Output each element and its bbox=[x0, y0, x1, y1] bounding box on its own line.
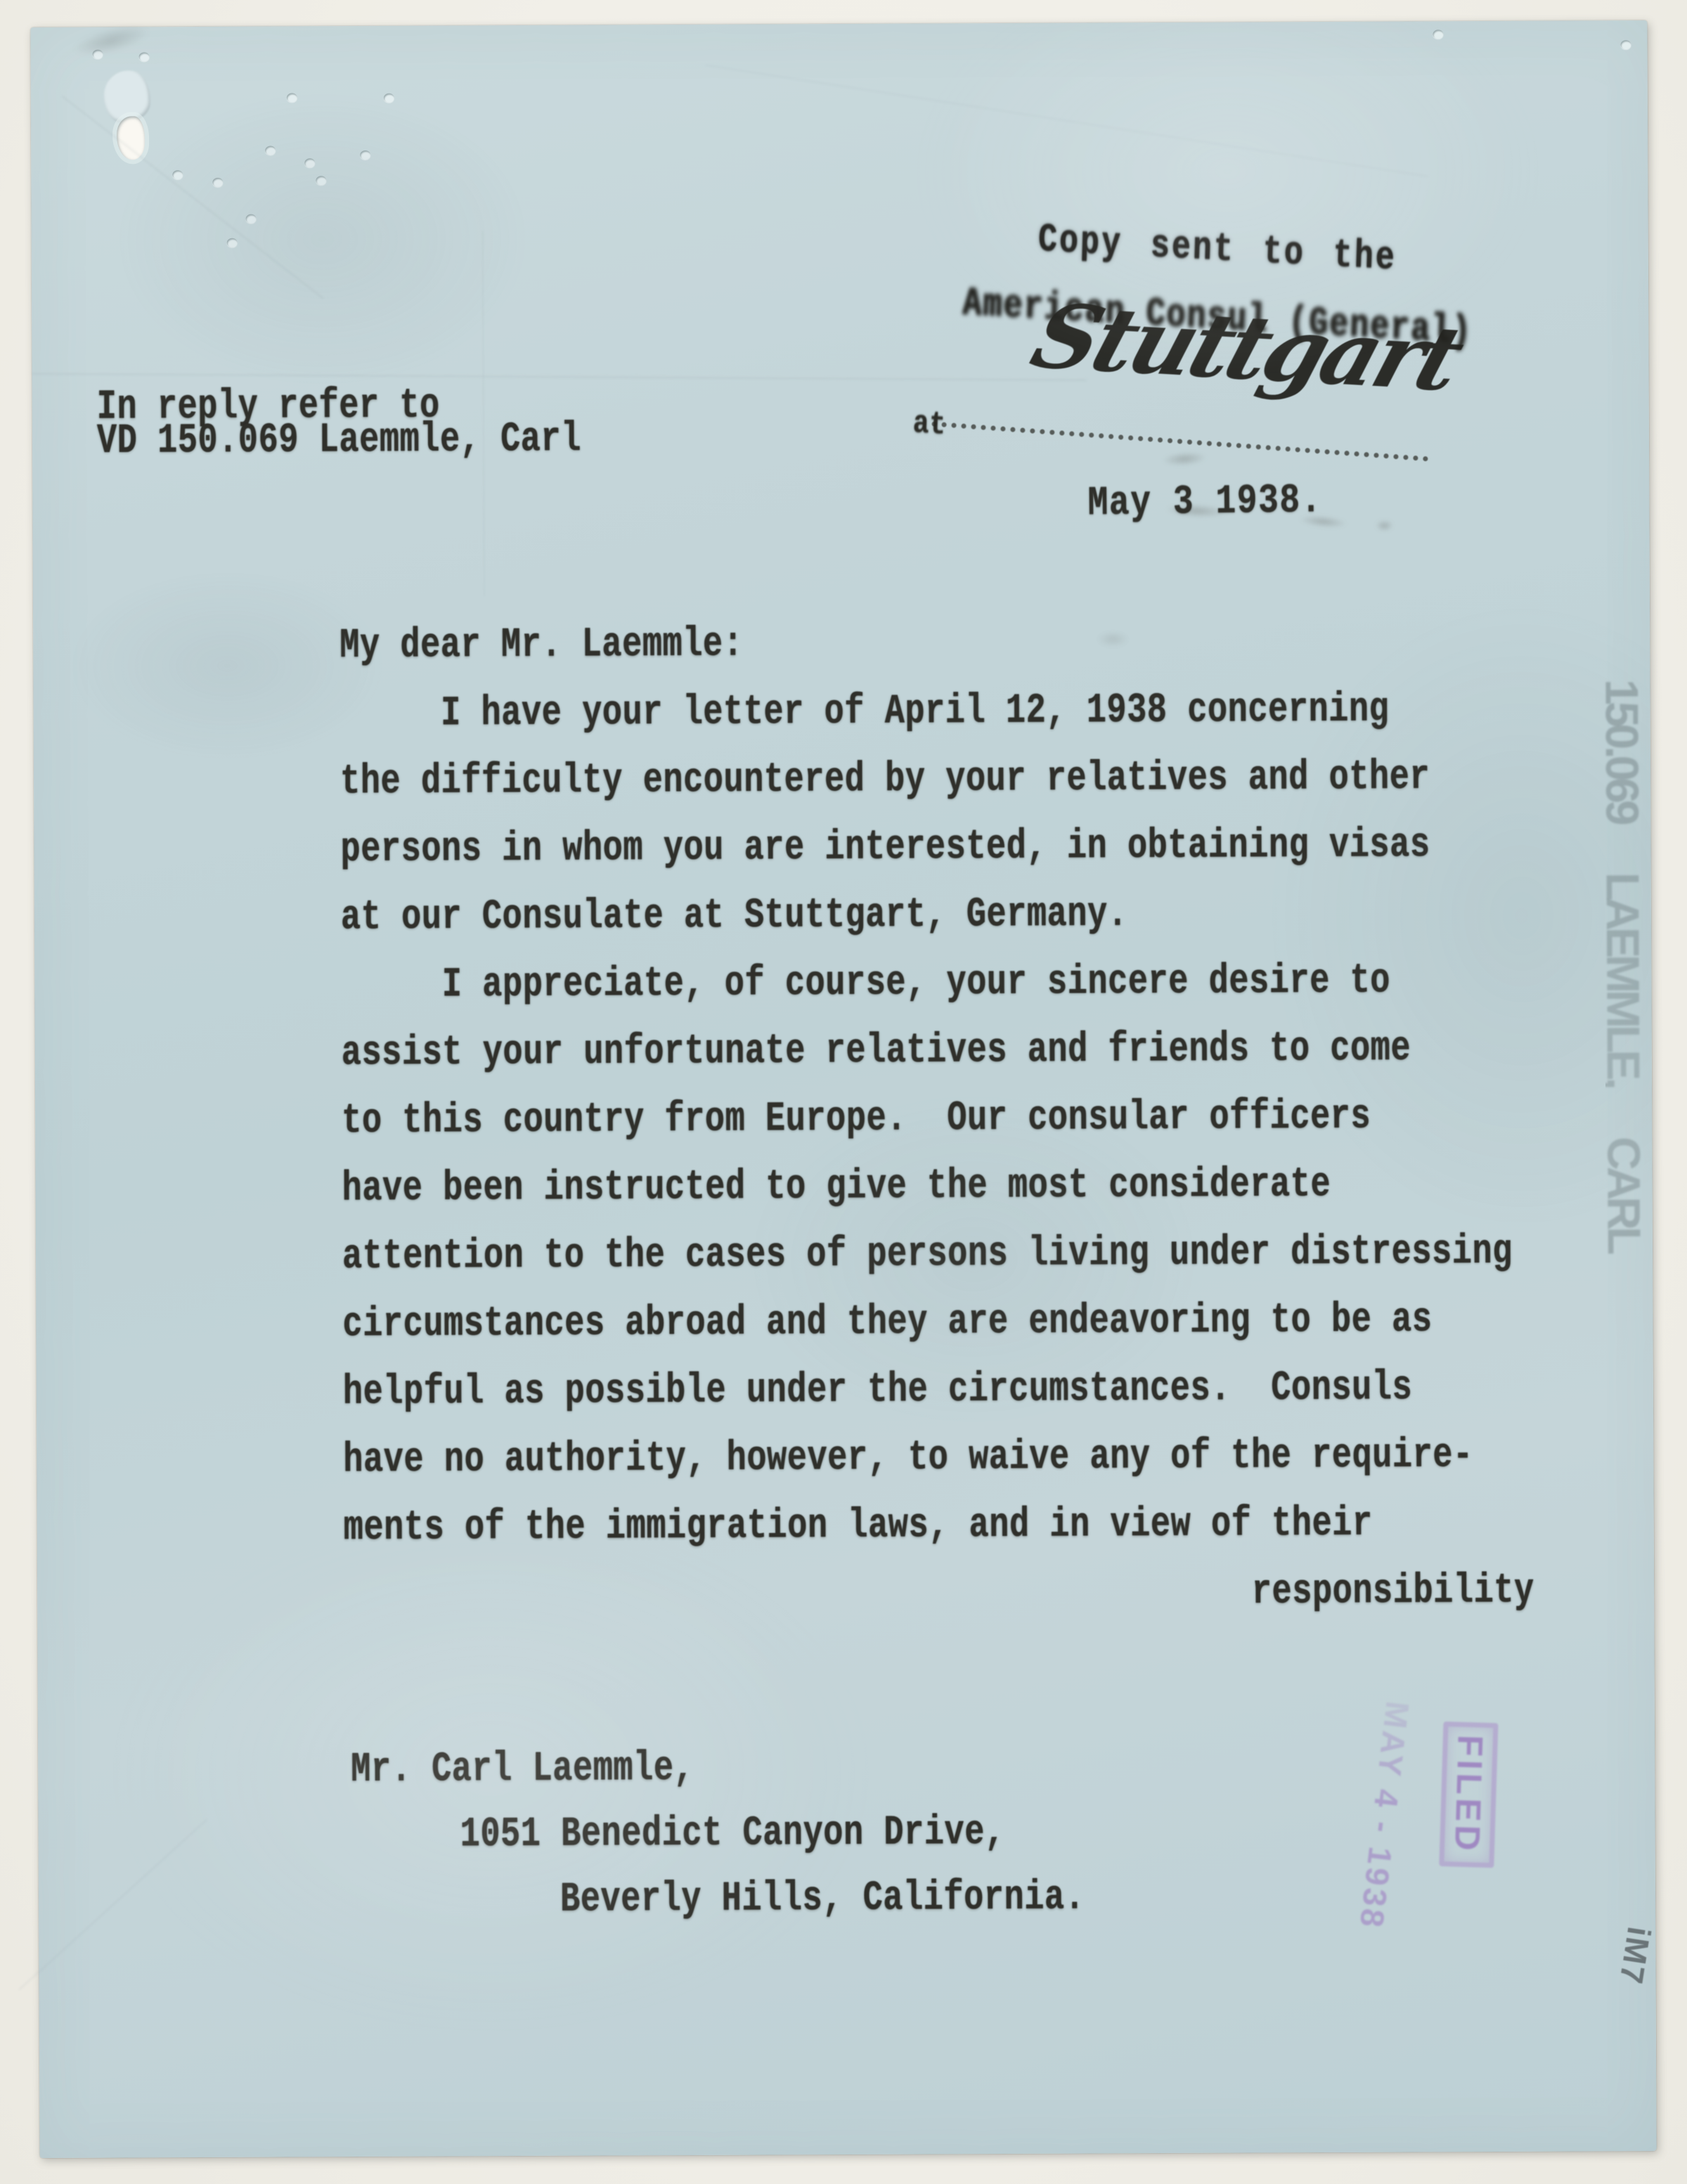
reference-block: In reply refer to VD 150.069 Laemmle, Ca… bbox=[97, 389, 581, 458]
pin-hole bbox=[227, 238, 238, 247]
date-stamp: May 3 1938. bbox=[1087, 468, 1322, 536]
pin-hole bbox=[139, 52, 150, 61]
pin-hole bbox=[304, 158, 315, 167]
crease-line bbox=[705, 64, 1428, 177]
pin-hole bbox=[172, 170, 183, 179]
letter-page: Copy sent to the American Consul (Genera… bbox=[30, 20, 1656, 2158]
scanned-letter: Copy sent to the American Consul (Genera… bbox=[0, 0, 1687, 2184]
filed-stamp: FILED bbox=[1439, 1721, 1498, 1868]
pin-hole bbox=[384, 93, 394, 103]
crease-line bbox=[32, 372, 1087, 381]
recipient-name: Mr. Carl Laemmle, bbox=[351, 1736, 694, 1805]
ink-smudge bbox=[1372, 518, 1396, 534]
pin-hole bbox=[212, 178, 223, 187]
recipient-street: 1051 Benedict Canyon Drive, bbox=[460, 1799, 1004, 1870]
pin-hole bbox=[1433, 30, 1443, 39]
crease-line bbox=[18, 1818, 207, 1991]
pin-hole bbox=[246, 214, 257, 224]
received-date-stamp: MAY 4 - 1938 bbox=[1352, 1699, 1416, 1934]
pin-hole bbox=[360, 150, 370, 160]
filed-stamp-label: FILED bbox=[1447, 1735, 1491, 1855]
crease-line bbox=[61, 95, 324, 299]
torn-hole bbox=[117, 116, 145, 160]
corner-mark: iM7 bbox=[1612, 1924, 1658, 1987]
reference-line2: VD 150.069 Laemmle, Carl bbox=[97, 415, 581, 465]
pin-hole bbox=[316, 176, 326, 185]
pin-hole bbox=[1620, 40, 1631, 49]
recipient-city: Beverly Hills, California. bbox=[560, 1865, 1085, 1935]
pin-hole bbox=[287, 93, 297, 102]
pencil-smudge bbox=[56, 12, 167, 70]
ink-smudge bbox=[1153, 448, 1215, 470]
paper-blister bbox=[104, 70, 150, 122]
pin-hole bbox=[265, 146, 276, 155]
file-number-vertical: 150.069 LAEMMLE, CARL bbox=[1603, 679, 1651, 1382]
letter-body: My dear Mr. Laemmle: I have your letter … bbox=[340, 608, 1534, 1631]
